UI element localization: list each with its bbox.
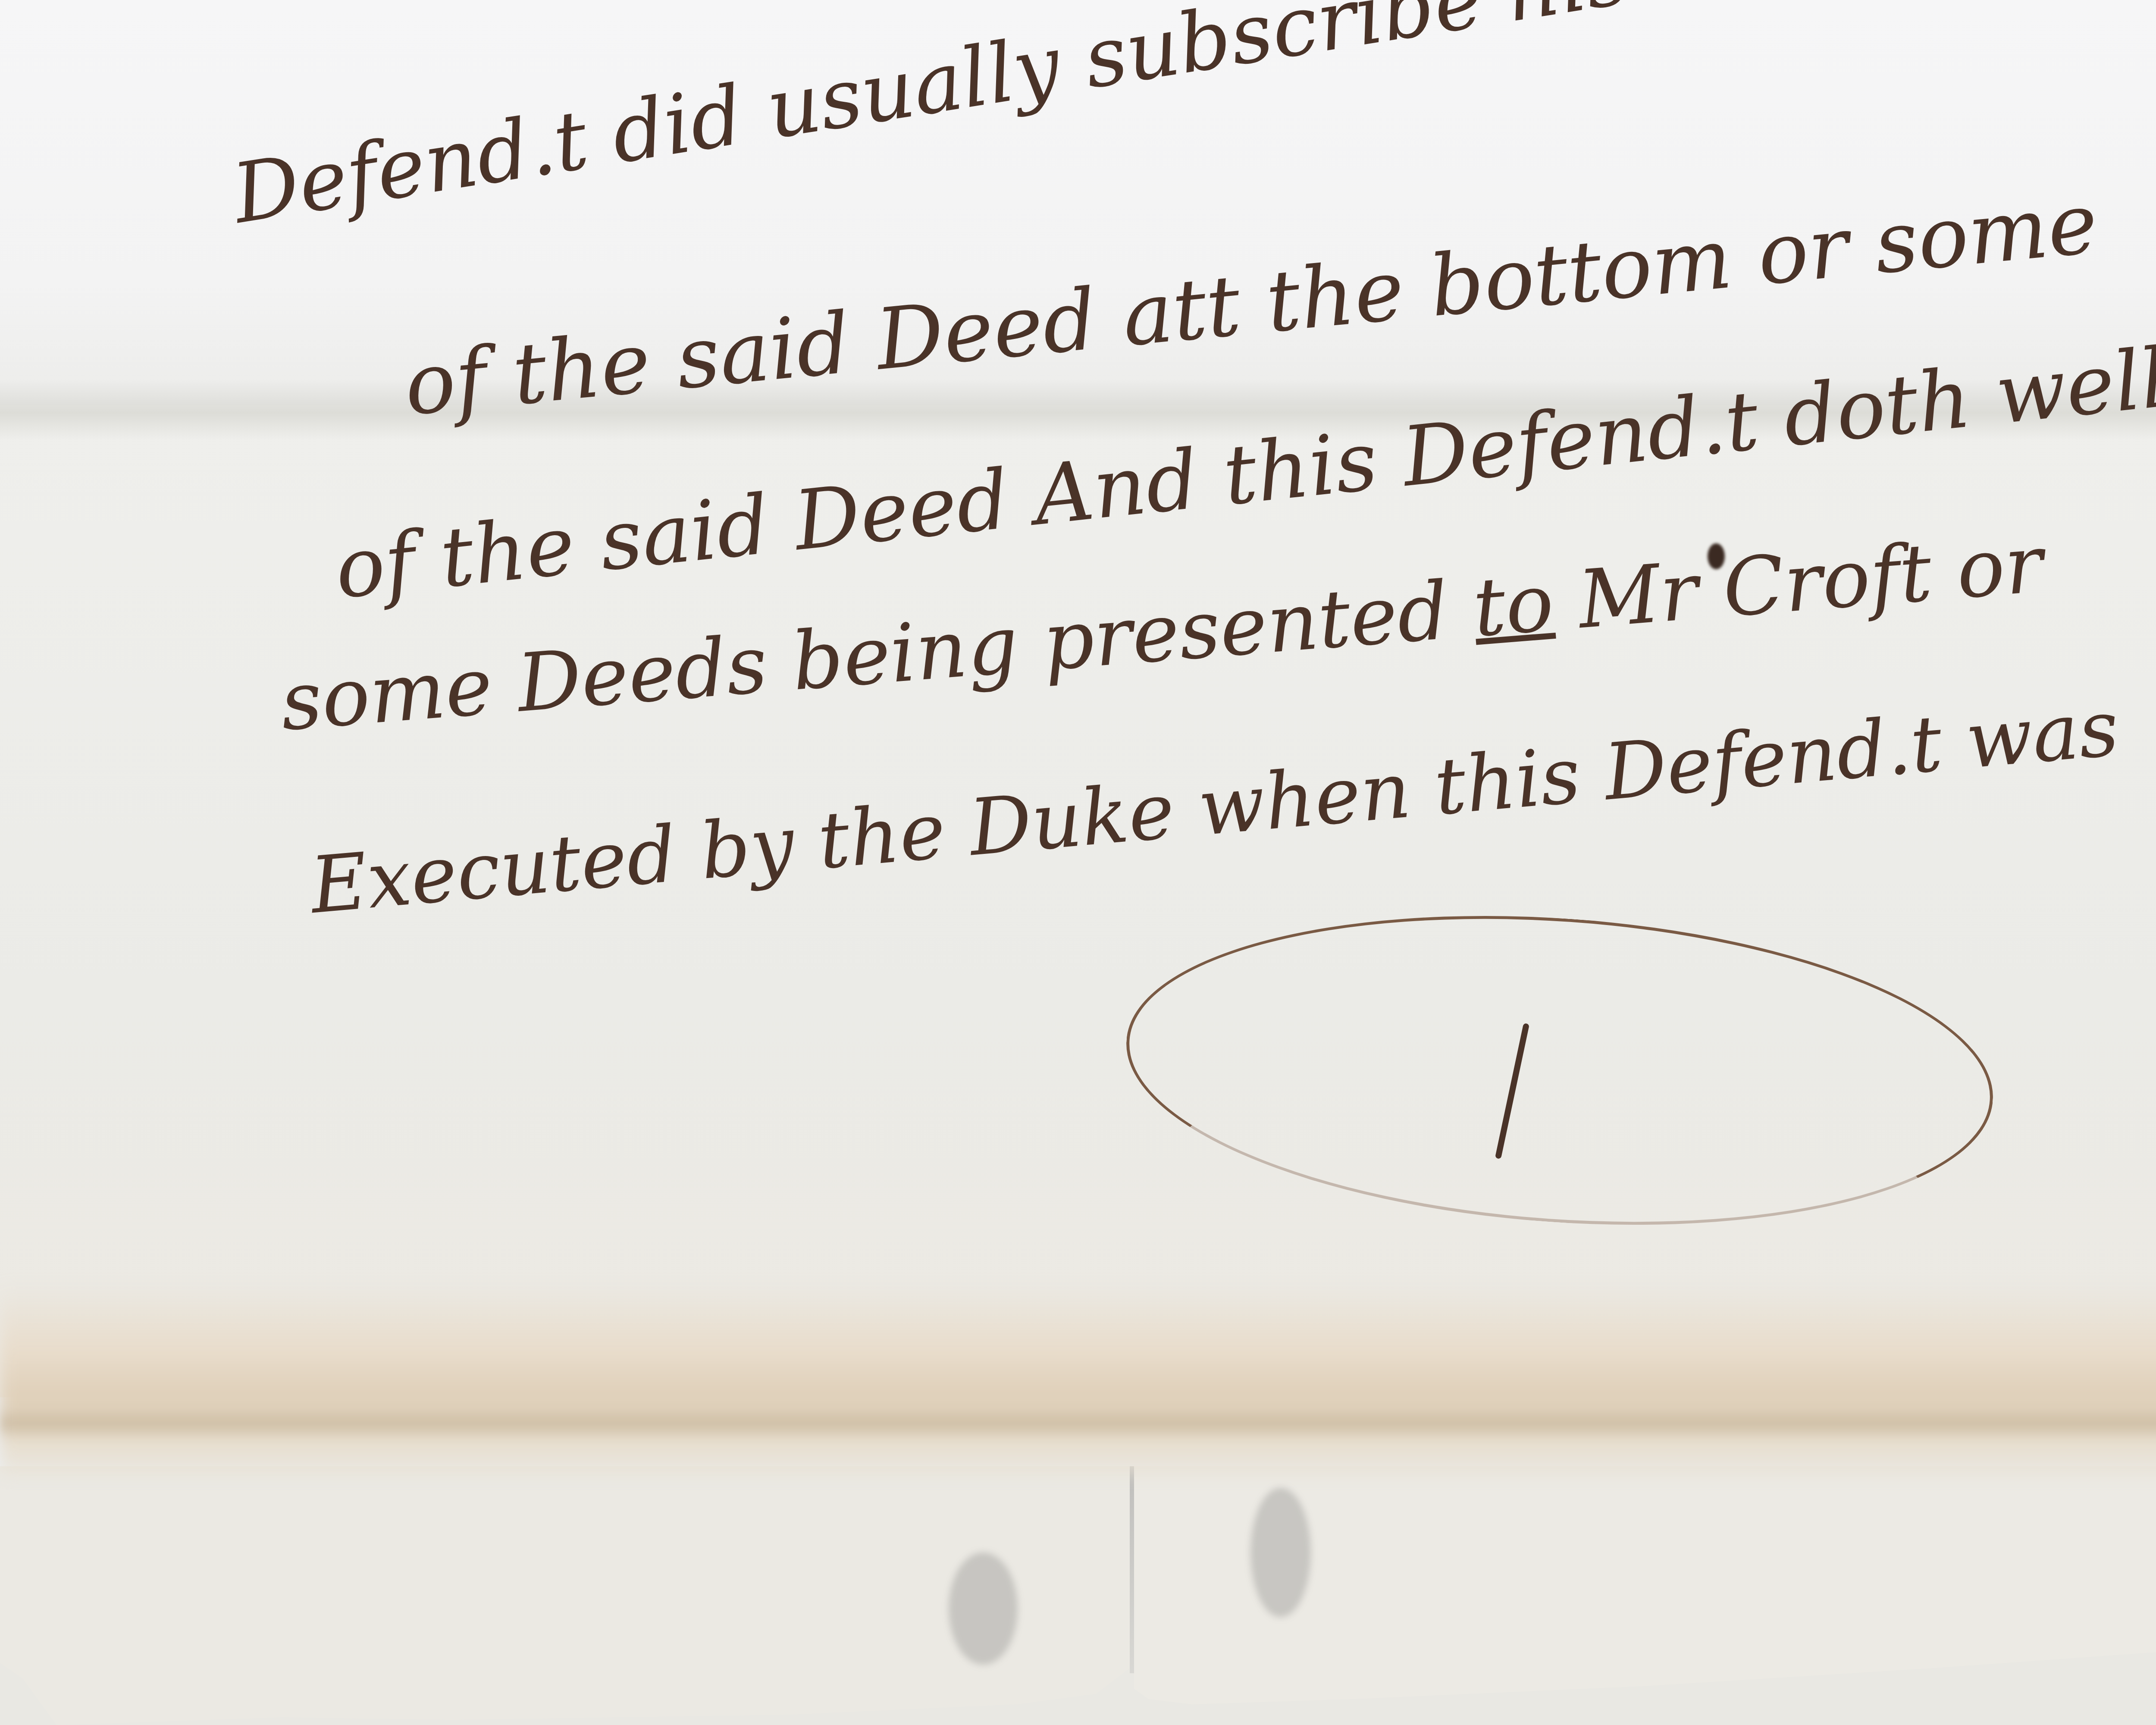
stain-tideline xyxy=(0,1406,2156,1440)
underlined-word: to xyxy=(1470,555,1557,655)
dirt-smudge xyxy=(1250,1488,1311,1617)
water-stain xyxy=(0,1285,2156,1475)
dirt-smudge xyxy=(949,1552,1018,1665)
paper-crack xyxy=(1130,1466,1134,1673)
ink-blot xyxy=(1708,543,1725,569)
